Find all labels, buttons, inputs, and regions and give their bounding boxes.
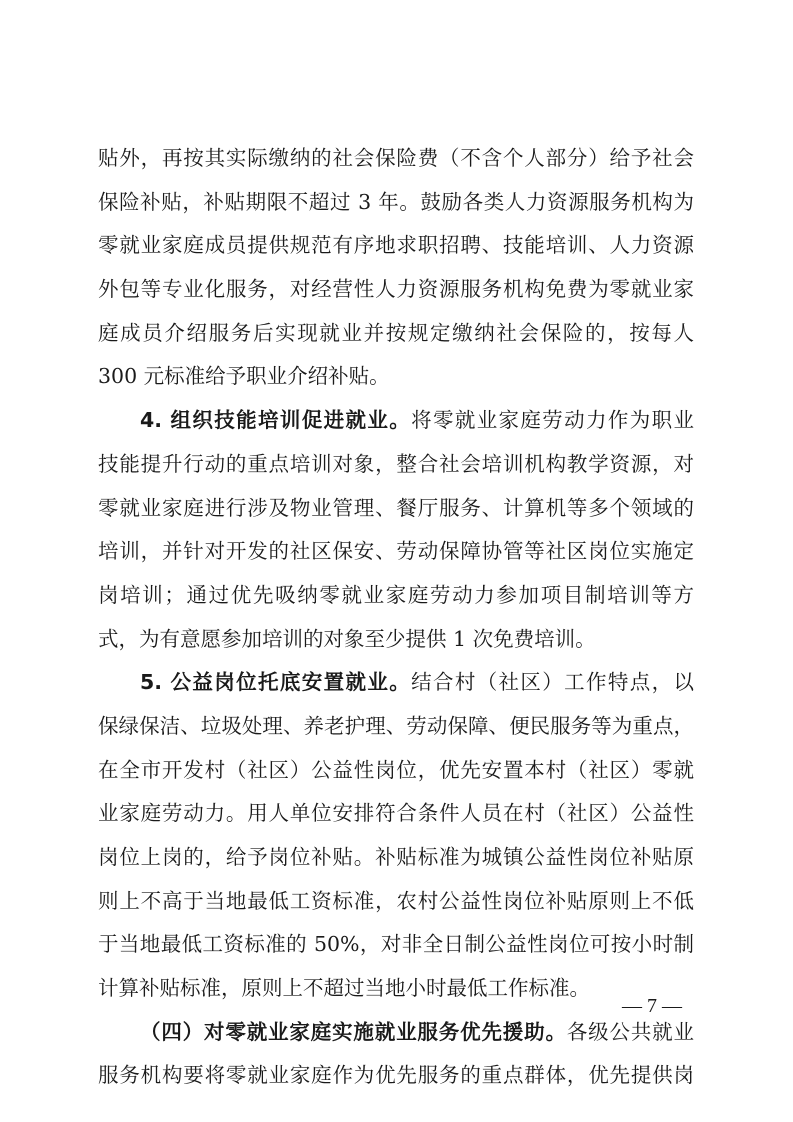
paragraph-line: 业家庭劳动力。用人单位安排符合条件人员在村（社区）公益性 — [98, 796, 694, 840]
paragraph-line: 则上不高于当地最低工资标准，农村公益性岗位补贴原则上不低 — [98, 884, 694, 928]
section-4-heading: 4. 组织技能培训促进就业。 — [140, 408, 411, 432]
page-number: — 7 — — [612, 995, 692, 1018]
paragraph-line: 庭成员介绍服务后实现就业并按规定缴纳社会保险的，按每人 — [98, 316, 694, 360]
paragraph-line: 保险补贴，补贴期限不超过 3 年。鼓励各类人力资源服务机构为 — [98, 185, 694, 229]
section-4-text: 将零就业家庭劳动力作为职业 — [411, 408, 694, 432]
paragraph-line: 零就业家庭进行涉及物业管理、餐厅服务、计算机等多个领域的 — [98, 491, 694, 535]
paragraph-line: 服务机构要将零就业家庭作为优先服务的重点群体，优先提供岗 — [98, 1058, 694, 1102]
section-four-heading: （四）对零就业家庭实施就业服务优先援助。 — [140, 1020, 567, 1044]
section-four-text: 各级公共就业 — [567, 1020, 694, 1044]
paragraph-line: 于当地最低工资标准的 50%，对非全日制公益性岗位可按小时制 — [98, 927, 694, 971]
paragraph-line: 式，为有意愿参加培训的对象至少提供 1 次免费培训。 — [98, 622, 694, 666]
document-page: 贴外，再按其实际缴纳的社会保险费（不含个人部分）给予社会 保险补贴，补贴期限不超… — [98, 141, 694, 1102]
section-four-first-line: （四）对零就业家庭实施就业服务优先援助。各级公共就业 — [98, 1015, 694, 1059]
paragraph-line: 培训，并针对开发的社区保安、劳动保障协管等社区岗位实施定 — [98, 534, 694, 578]
paragraph-line: 技能提升行动的重点培训对象，整合社会培训机构教学资源，对 — [98, 447, 694, 491]
section-5-text: 结合村（社区）工作特点，以 — [411, 670, 694, 694]
paragraph-line: 保绿保洁、垃圾处理、养老护理、劳动保障、便民服务等为重点， — [98, 709, 694, 753]
paragraph-line: 计算补贴标准，原则上不超过当地小时最低工作标准。 — [98, 971, 694, 1015]
section-5-first-line: 5. 公益岗位托底安置就业。结合村（社区）工作特点，以 — [98, 665, 694, 709]
paragraph-line: 岗培训；通过优先吸纳零就业家庭劳动力参加项目制培训等方 — [98, 578, 694, 622]
paragraph-line: 外包等专业化服务，对经营性人力资源服务机构免费为零就业家 — [98, 272, 694, 316]
section-5-heading: 5. 公益岗位托底安置就业。 — [140, 670, 411, 694]
paragraph-line: 岗位上岗的，给予岗位补贴。补贴标准为城镇公益性岗位补贴原 — [98, 840, 694, 884]
paragraph-line: 300 元标准给予职业介绍补贴。 — [98, 359, 694, 403]
paragraph-line: 零就业家庭成员提供规范有序地求职招聘、技能培训、人力资源 — [98, 228, 694, 272]
section-4-first-line: 4. 组织技能培训促进就业。将零就业家庭劳动力作为职业 — [98, 403, 694, 447]
paragraph-line: 贴外，再按其实际缴纳的社会保险费（不含个人部分）给予社会 — [98, 141, 694, 185]
paragraph-line: 在全市开发村（社区）公益性岗位，优先安置本村（社区）零就 — [98, 753, 694, 797]
